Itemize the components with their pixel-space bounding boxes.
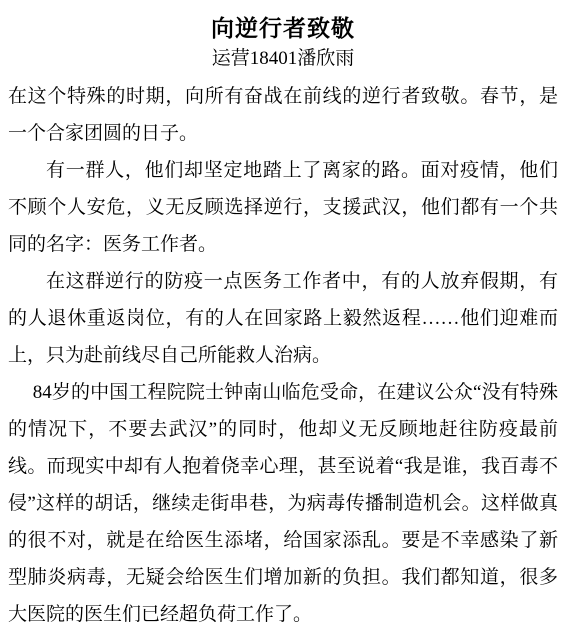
document-body: 在这个特殊的时期，向所有奋战在前线的逆行者致敬。春节，是一个合家团圆的日子。 有… xyxy=(8,78,558,633)
document-author-line: 运营18401潘欣雨 xyxy=(8,44,558,73)
paragraph-zhongnanshan: 84岁的中国工程院院士钟南山临危受命，在建议公众“没有特殊的情况下，不要去武汉”… xyxy=(8,374,558,633)
document-title: 向逆行者致敬 xyxy=(8,13,558,44)
paragraph-medical-workers: 有一群人，他们却坚定地踏上了离家的路。面对疫情，他们不顾个人安危，义无反顾选择逆… xyxy=(8,152,558,263)
document-page: 向逆行者致敬 运营18401潘欣雨 在这个特殊的时期，向所有奋战在前线的逆行者致… xyxy=(0,0,566,641)
paragraph-intro: 在这个特殊的时期，向所有奋战在前线的逆行者致敬。春节，是一个合家团圆的日子。 xyxy=(8,78,558,152)
paragraph-sacrifices: 在这群逆行的防疫一点医务工作者中，有的人放弃假期，有的人退休重返岗位，有的人在回… xyxy=(8,263,558,374)
